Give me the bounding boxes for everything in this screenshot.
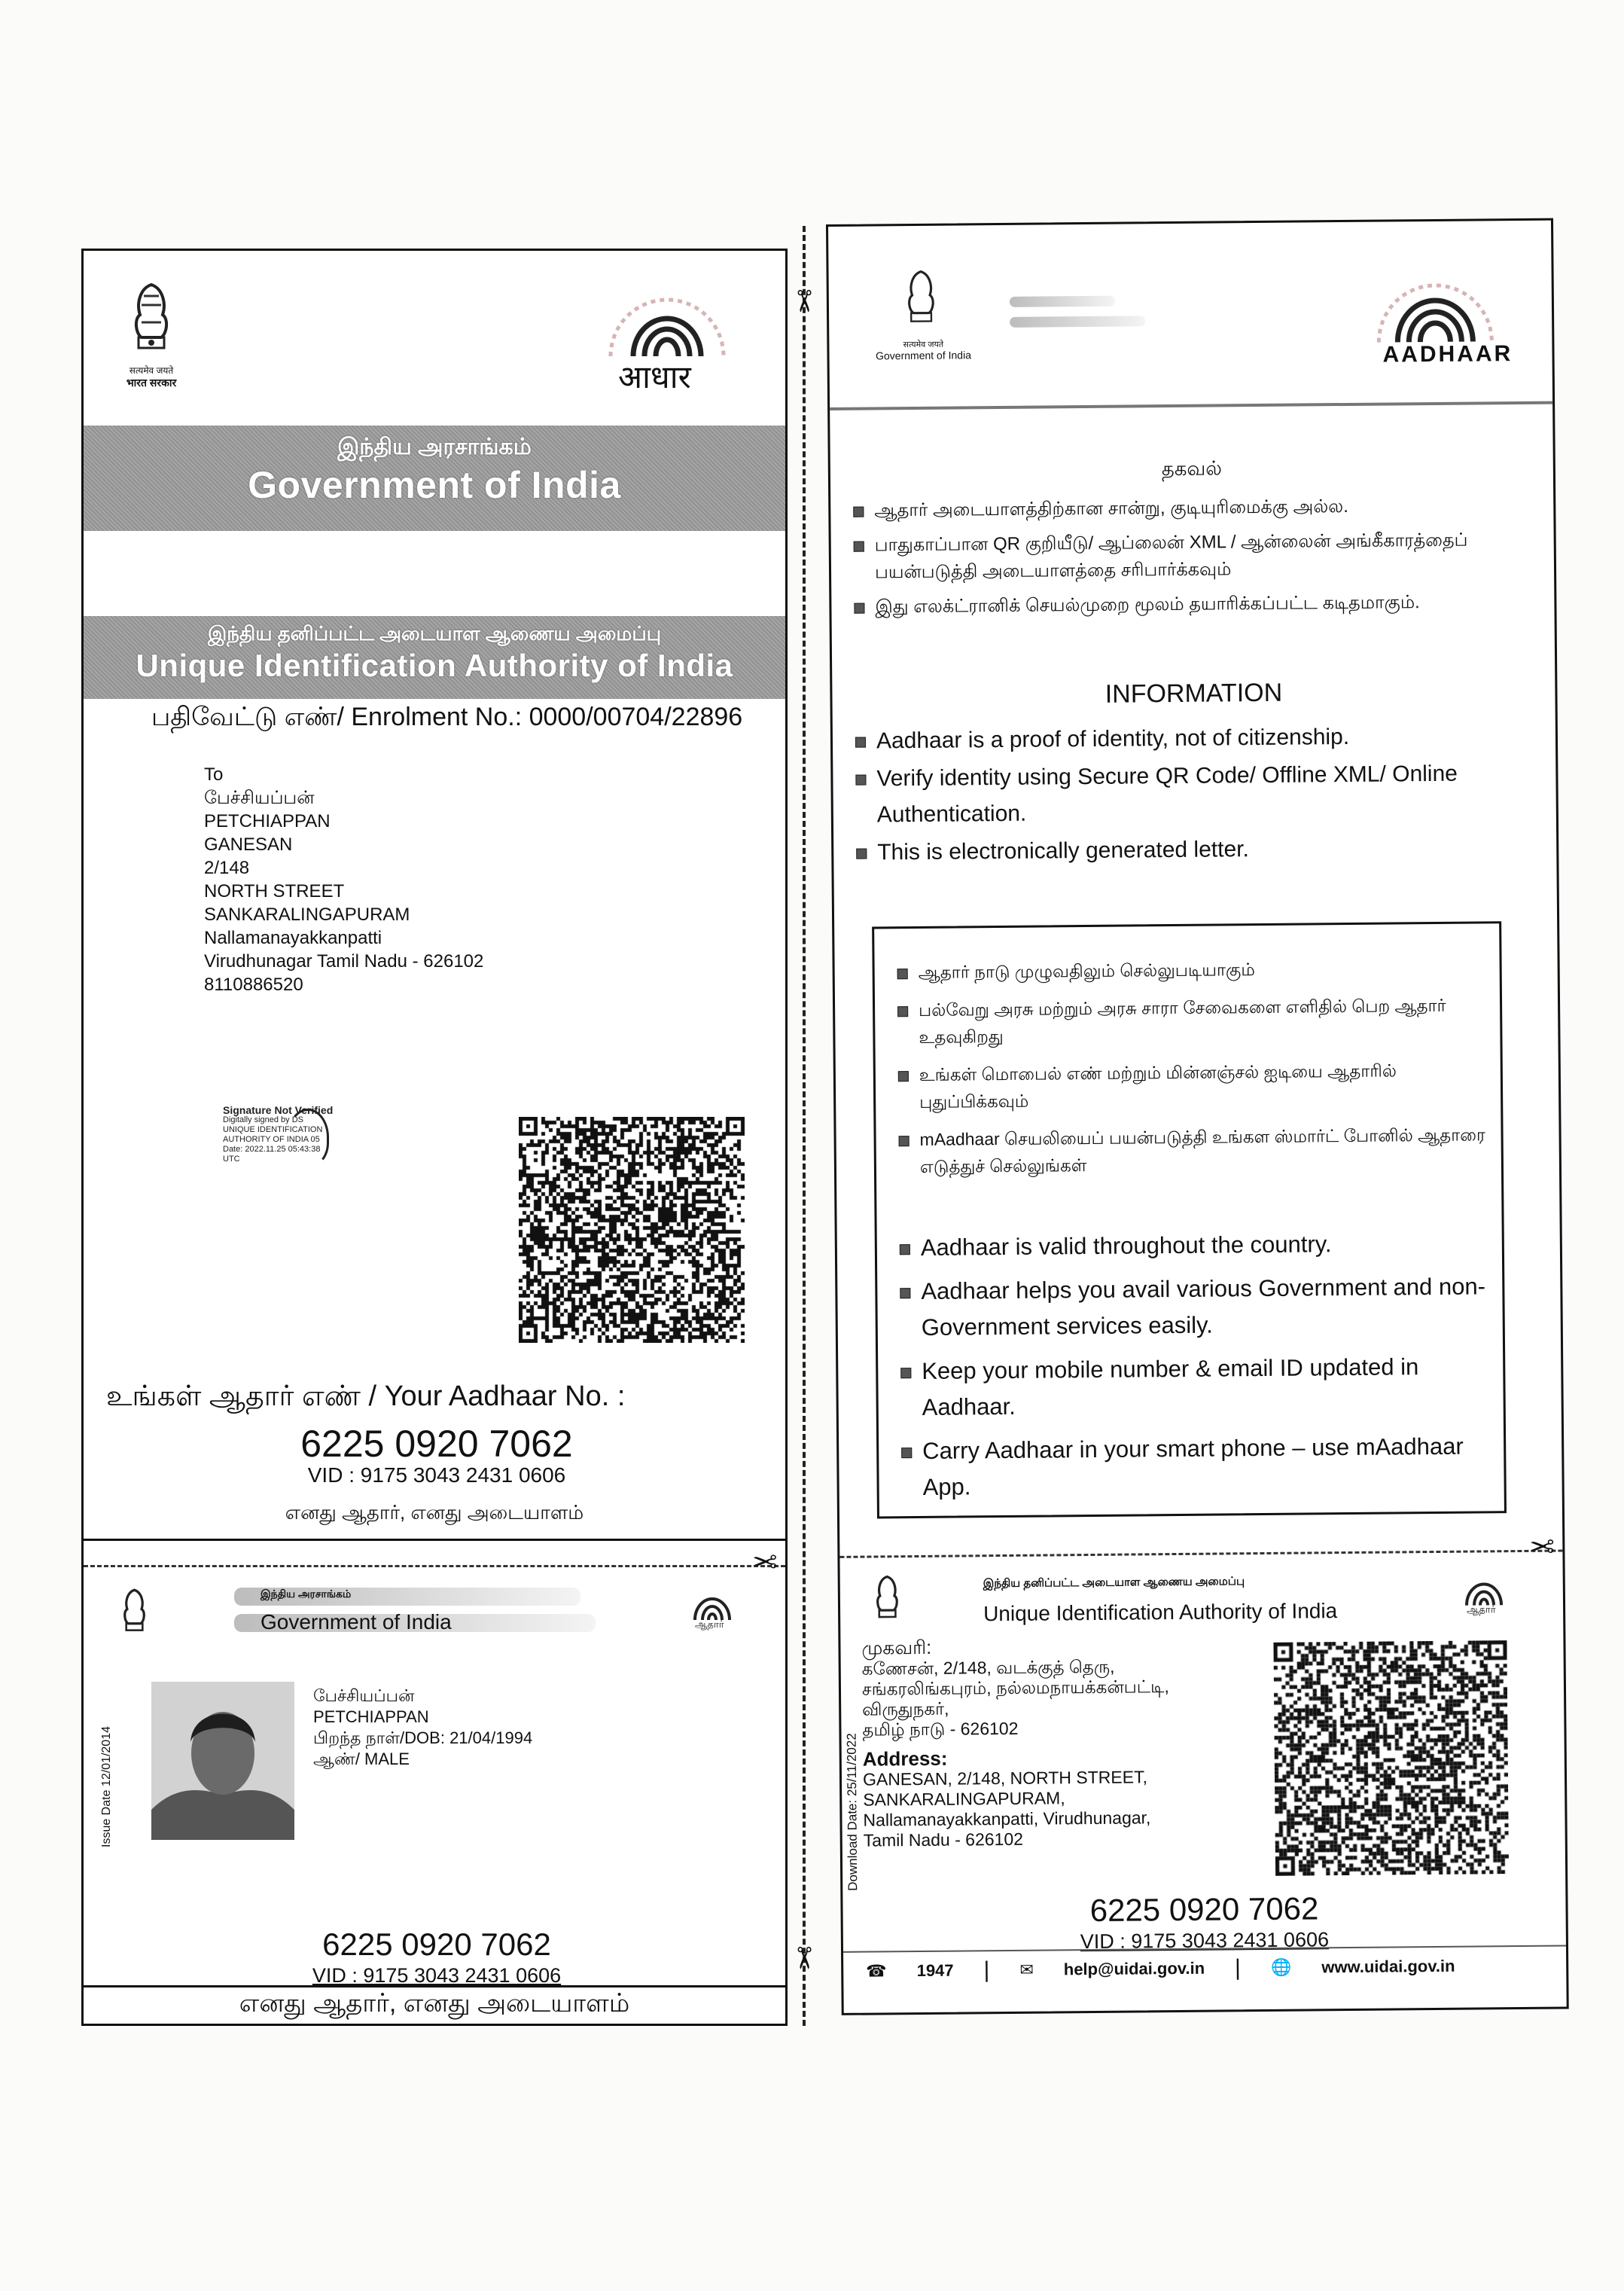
cut-divider: [803, 226, 806, 2026]
section-divider: [830, 401, 1552, 410]
signature-check-icon: [287, 1109, 329, 1166]
emblem-caption: Government of India: [870, 349, 976, 361]
national-emblem-icon: [900, 267, 943, 335]
section-divider: [84, 1985, 785, 1987]
band-decoration: [1010, 296, 1115, 307]
bullet-icon: [854, 602, 864, 613]
address-english-line: SANKARALINGAPURAM,: [863, 1787, 1170, 1811]
qr-code: [1273, 1640, 1509, 1876]
person-photo-icon: [151, 1682, 294, 1840]
address-english-line: Nallamanayakkanpatti, Virudhunagar,: [863, 1807, 1170, 1831]
card-gov-english: Government of India: [261, 1610, 452, 1634]
tamil-info-item: பாதுகாப்பான QR குறியீடு/ ஆப்லைன் XML / ஆ…: [854, 526, 1517, 587]
scissors-icon: ✂: [788, 288, 818, 314]
box-english-item: Aadhaar helps you avail various Governme…: [900, 1268, 1488, 1346]
address-line: To: [204, 763, 483, 786]
address-line: Virudhunagar Tamil Nadu - 626102: [204, 950, 483, 973]
scissors-icon: ✂: [788, 1945, 818, 1971]
vid-number: VID : 9175 3043 2431 0606: [84, 1463, 790, 1487]
signature-line: UTC: [223, 1155, 358, 1164]
address-line: PETCHIAPPAN: [204, 810, 483, 833]
bullet-icon: [900, 1288, 910, 1298]
address-line: Nallamanayakkanpatti: [204, 926, 483, 950]
emblem-caption: भारत सरकार: [114, 376, 189, 390]
email-icon: ✉: [1019, 1960, 1034, 1980]
info-heading: INFORMATION: [832, 676, 1555, 712]
separator: |: [1235, 1955, 1241, 1981]
holder-dob: பிறந்த நாள்/DOB: 21/04/1994: [313, 1728, 532, 1749]
box-tamil-item: பல்வேறு அரசு மற்றும் அரசு சாரா சேவைகளை எ…: [897, 991, 1485, 1051]
band-decoration: [1010, 316, 1145, 328]
motto-text: எனது ஆதார், எனது அடையாளம்: [84, 1501, 785, 1527]
info-list: Aadhaar is a proof of identity, not of c…: [855, 718, 1534, 873]
uidai-band: இந்திய தனிப்பட்ட அடையாள ஆணைய அமைப்பு Uni…: [84, 616, 785, 699]
info-item: Aadhaar is a proof of identity, not of c…: [855, 718, 1533, 760]
bullet-icon: [900, 1244, 910, 1255]
bullet-icon: [855, 737, 866, 748]
fingerprint-icon: [1458, 1569, 1510, 1607]
national-emblem-icon: [870, 1574, 905, 1627]
uidai-band-tamil: இந்திய தனிப்பட்ட அடையாள ஆணைய அமைப்பு: [84, 616, 785, 648]
aadhaar-letter-back: सत्यमेव जयते Government of India AADHAAR…: [826, 218, 1569, 2015]
fingerprint-sun-icon: [1363, 266, 1507, 350]
logo-text: AADHAAR: [1382, 341, 1513, 368]
tamil-info-item: ஆதார் அடையாளத்திற்கான சான்று, குடியுரிமை…: [853, 492, 1516, 525]
card-holder-details: பேச்சியப்பன் PETCHIAPPAN பிறந்த நாள்/DOB…: [313, 1685, 532, 1770]
card-motto: எனது ஆதார், எனது அடையாளம்: [84, 1989, 785, 2021]
recipient-address: Toபேச்சியப்பன்PETCHIAPPANGANESAN2/148NOR…: [204, 763, 483, 996]
separator: |: [983, 1957, 989, 1983]
card-address: முகவரி: கணேசன், 2/148, வடக்குத் தெரு,சங்…: [861, 1636, 1170, 1851]
address-tamil-line: கணேசன், 2/148, வடக்குத் தெரு,: [862, 1656, 1169, 1679]
national-emblem-icon: [117, 1588, 151, 1640]
aadhaar-letter-front: सत्यमेव जयते भारत सरकार आधार இந்திய அரசா…: [81, 249, 788, 2026]
download-date: Download Date: 25/11/2022: [844, 1733, 861, 1891]
address-english-label: Address:: [863, 1746, 1170, 1770]
tamil-info-heading: தகவல்: [830, 454, 1553, 486]
aadhaar-logo: आधार: [596, 281, 739, 386]
scissors-icon: ✂: [752, 1548, 778, 1578]
logo-text: आधार: [618, 355, 691, 398]
address-tamil-line: சங்கரலிங்கபுரம், நல்லமநாயக்கன்பட்டி,: [862, 1676, 1169, 1700]
box-english-list: Aadhaar is valid throughout the country.…: [900, 1225, 1489, 1513]
holder-name-english: PETCHIAPPAN: [313, 1707, 532, 1728]
address-english-line: GANESAN, 2/148, NORTH STREET,: [863, 1767, 1170, 1790]
bullet-icon: [897, 969, 908, 979]
issue-date: Issue Date 12/01/2014: [100, 1726, 114, 1847]
bullet-icon: [853, 506, 864, 517]
box-english-item: Carry Aadhaar in your smart phone – use …: [901, 1428, 1489, 1505]
info-box: ஆதார் நாடு முழுவதிலும் செல்லுபடியாகும்பல…: [872, 921, 1507, 1518]
card-uidai-english: Unique Identification Authority of India: [983, 1599, 1337, 1626]
signature-status: Signature Not Verified: [223, 1106, 358, 1115]
bullet-icon: [856, 849, 867, 859]
bullet-icon: [901, 1448, 912, 1458]
box-tamil-item: mAadhaar செயலியைப் பயன்படுத்தி உங்கள ஸ்ம…: [898, 1121, 1486, 1180]
holder-gender: ஆண்/ MALE: [313, 1749, 532, 1770]
card-cut-line: [839, 1550, 1562, 1558]
tamil-info-list: ஆதார் அடையாளத்திற்கான சான்று, குடியுரிமை…: [853, 492, 1516, 629]
aadhaar-number: 6225 0920 7062: [84, 1422, 790, 1466]
tamil-info-item: இது எலக்ட்ரானிக் செயல்முறை மூலம் தயாரிக்…: [854, 588, 1516, 621]
card-cut-line: [84, 1565, 785, 1567]
help-email-link[interactable]: help@uidai.gov.in: [1064, 1959, 1205, 1980]
website-link[interactable]: www.uidai.gov.in: [1321, 1957, 1455, 1978]
box-tamil-list: ஆதார் நாடு முழுவதிலும் செல்லுபடியாகும்பல…: [897, 953, 1487, 1191]
address-tamil-line: விருதுநகர்,: [862, 1697, 1169, 1720]
national-emblem-icon: [125, 281, 178, 364]
contact-footer: ☎ 1947 | ✉ help@uidai.gov.in | 🌐 www.uid…: [866, 1954, 1455, 1984]
address-line: 2/148: [204, 856, 483, 880]
address-line: SANKARALINGAPURAM: [204, 903, 483, 926]
bullet-icon: [898, 1071, 909, 1081]
bullet-icon: [899, 1136, 910, 1146]
aadhaar-number-label: உங்கள் ஆதார் எண் / Your Aadhaar No. :: [106, 1380, 769, 1417]
fingerprint-icon: [686, 1584, 739, 1621]
address-tamil-label: முகவரி:: [861, 1636, 1168, 1659]
phone-icon: ☎: [866, 1961, 887, 1981]
holder-name-tamil: பேச்சியப்பன்: [313, 1685, 532, 1707]
helpline-number: 1947: [917, 1961, 954, 1981]
address-line: 8110886520: [204, 973, 483, 996]
address-english-line: Tamil Nadu - 626102: [864, 1828, 1171, 1851]
card-aadhaar-number: 6225 0920 7062: [842, 1889, 1565, 1931]
logo-text: ஆதார்: [1467, 1603, 1496, 1616]
aadhaar-logo: ஆதார்: [1458, 1569, 1511, 1622]
info-item: This is electronically generated letter.: [856, 829, 1534, 871]
aadhaar-logo: ஆதார்: [686, 1584, 739, 1637]
card-aadhaar-number: 6225 0920 7062: [84, 1926, 790, 1963]
bullet-icon: [855, 775, 866, 786]
qr-code: [519, 1117, 745, 1343]
gov-band-english: Government of India: [84, 463, 785, 507]
emblem-caption: सत्यमेव जयते: [114, 364, 189, 377]
box-english-item: Keep your mobile number & email ID updat…: [900, 1348, 1488, 1426]
info-item: Verify identity using Secure QR Code/ Of…: [855, 755, 1534, 834]
aadhaar-logo: AADHAAR: [1363, 266, 1507, 373]
digital-signature: Signature Not Verified Digitally signed …: [223, 1106, 358, 1164]
card-uidai-tamil: இந்திய தனிப்பட்ட அடையாள ஆணைய அமைப்பு: [983, 1575, 1245, 1591]
box-tamil-item: ஆதார் நாடு முழுவதிலும் செல்லுபடியாகும்: [897, 953, 1485, 986]
card-vid-number: VID : 9175 3043 2431 0606: [84, 1964, 790, 1987]
enrolment-number: பதிவேட்டு எண்/ Enrolment No.: 0000/00704…: [151, 703, 742, 735]
box-tamil-item: உங்கள் மொபைல் எண் மற்றும் மின்னஞ்சல் ஐடி…: [898, 1056, 1486, 1115]
bullet-icon: [854, 541, 864, 551]
gov-band: இந்திய அரசாங்கம் Government of India: [84, 426, 785, 531]
section-divider: [84, 1539, 785, 1541]
globe-icon: 🌐: [1271, 1958, 1292, 1978]
address-line: GANESAN: [204, 833, 483, 856]
address-line: NORTH STREET: [204, 880, 483, 903]
bullet-icon: [897, 1006, 908, 1017]
logo-text: ஆதார்: [695, 1618, 724, 1631]
bullet-icon: [900, 1368, 911, 1378]
address-line: பேச்சியப்பன்: [204, 786, 483, 810]
uidai-band-english: Unique Identification Authority of India: [84, 648, 785, 684]
scissors-icon: ✂: [1530, 1533, 1555, 1563]
address-tamil-line: தமிழ் நாடு - 626102: [862, 1717, 1169, 1740]
card-gov-tamil: இந்திய அரசாங்கம்: [261, 1588, 351, 1602]
gov-band-tamil: இந்திய அரசாங்கம்: [84, 426, 785, 463]
holder-photo: [151, 1682, 294, 1840]
box-english-item: Aadhaar is valid throughout the country.: [900, 1225, 1487, 1266]
